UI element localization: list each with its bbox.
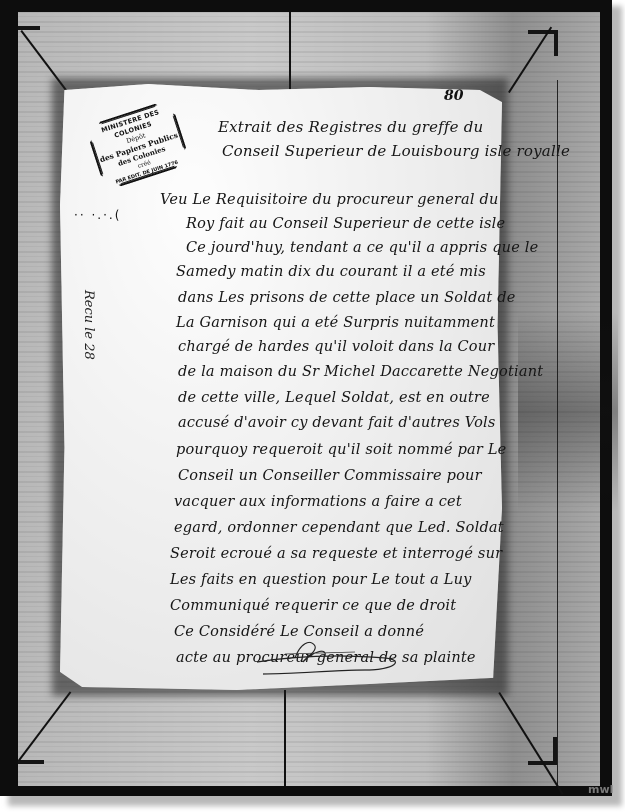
- body-line: Ce jourd'huy, tendant a ce qu'il a appri…: [186, 240, 538, 256]
- corner-mark-tr: [528, 30, 556, 34]
- body-line: Conseil un Conseiller Commissaire pour: [178, 468, 482, 484]
- body-line: pourquoy requeroit qu'il soit nommé par …: [176, 442, 506, 458]
- body-line: Roy fait au Conseil Superieur de cette i…: [186, 216, 505, 232]
- corner-mark-bl: [18, 760, 44, 764]
- body-line: Les faits en question pour Le tout a Luy: [170, 572, 472, 588]
- corner-mark-tr-v: [554, 30, 558, 56]
- margin-ink-marks: ·· ·.·.(: [74, 208, 121, 222]
- watermark: mwl: [588, 783, 613, 796]
- center-guide-bottom: [284, 690, 286, 786]
- folio-number: 80: [444, 88, 463, 104]
- body-line: de cette ville, Lequel Soldat, est en ou…: [178, 390, 490, 406]
- body-line: dans Les prisons de cette place un Solda…: [178, 290, 516, 306]
- body-line: vacquer aux informations a faire a cet: [174, 494, 462, 510]
- body-line: de la maison du Sr Michel Daccarette Neg…: [178, 364, 543, 380]
- heading-line: Conseil Superieur de Louisbourg isle roy…: [222, 142, 570, 160]
- body-line: accusé d'avoir cy devant fait d'autres V…: [178, 415, 496, 431]
- right-guide: [557, 80, 558, 786]
- body-line: Seroit ecroué a sa requeste et interrogé…: [170, 546, 502, 562]
- body-line: Samedy matin dix du courant il a eté mis: [176, 264, 486, 280]
- body-line: Communiqué requerir ce que de droit: [170, 598, 456, 614]
- body-line: egard, ordonner cependant que Led. Solda…: [174, 520, 504, 536]
- signature-paraph: [255, 636, 405, 676]
- heading-line: Extrait des Registres du greffe du: [218, 118, 483, 136]
- corner-mark-br-v: [553, 737, 557, 765]
- body-line: chargé de hardes qu'il voloit dans la Co…: [178, 339, 494, 355]
- body-line: Veu Le Requisitoire du procureur general…: [160, 192, 499, 208]
- margin-note: Recu le 28: [81, 290, 96, 360]
- body-line: La Garnison qui a eté Surpris nuitamment: [176, 315, 495, 331]
